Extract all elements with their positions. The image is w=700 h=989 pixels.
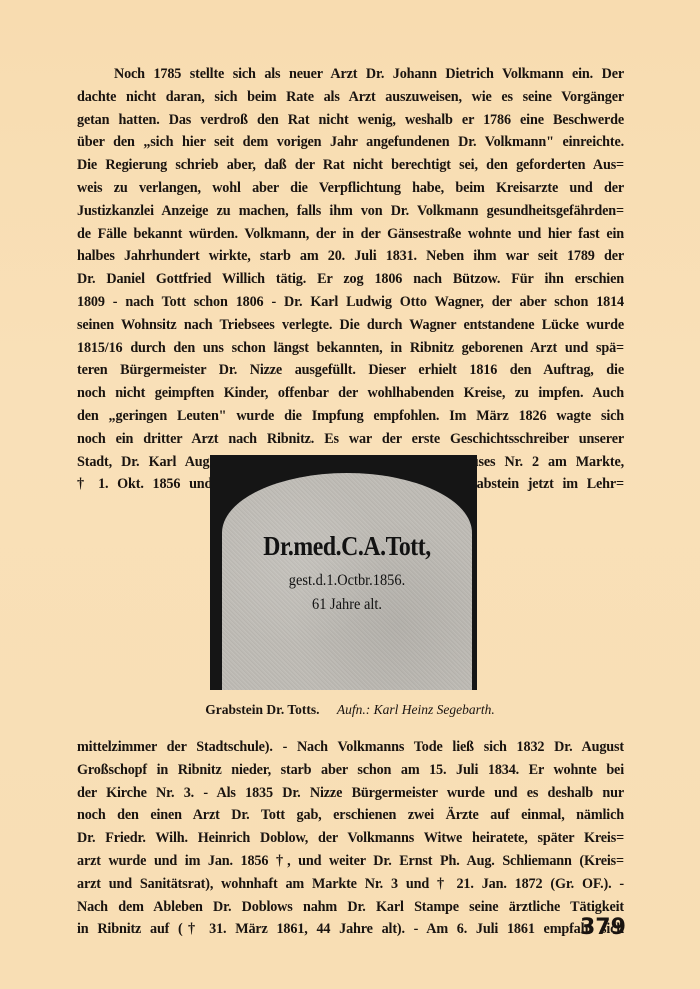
text-line: halbes Jahrhundert wirkte, starb am 20. … xyxy=(77,245,624,268)
text-line: Dr. Daniel Gottfried Willich tätig. Er z… xyxy=(77,268,624,291)
text-line: Die Regierung schrieb aber, daß der Rat … xyxy=(77,154,624,177)
inscription-age: 61 Jahre alt. xyxy=(235,596,460,614)
text-line: seinen Wohnsitz nach Triebsees verlegte.… xyxy=(77,314,624,337)
text-line: de Fälle bekannt würden. Volkmann, der i… xyxy=(77,223,624,246)
paragraph-top: Noch 1785 stellte sich als neuer Arzt Dr… xyxy=(77,63,624,496)
text-line: noch den einen Arzt Dr. Tott gab, erschi… xyxy=(77,804,624,827)
text-line: Justizkanzlei Anzeige zu machen, falls i… xyxy=(77,200,624,223)
text-line: 1815/16 durch den uns schon längst bekan… xyxy=(77,337,624,360)
text-line: über den „sich hier seit dem vorigen Jah… xyxy=(77,131,624,154)
text-line: arzt wurde und im Jan. 1856 †, und weite… xyxy=(77,850,624,873)
text-line: mittelzimmer der Stadtschule). - Nach Vo… xyxy=(77,736,624,759)
inscription-death-date: gest.d.1.Octbr.1856. xyxy=(235,572,460,590)
text-line: getan hatten. Das verdroß den Rat nicht … xyxy=(77,109,624,132)
text-line: den „geringen Leuten" wurde die Impfung … xyxy=(77,405,624,428)
caption-credit: Aufn.: Karl Heinz Segebarth. xyxy=(337,702,495,717)
text-line: Noch 1785 stellte sich als neuer Arzt Dr… xyxy=(77,63,624,86)
book-page: Noch 1785 stellte sich als neuer Arzt Dr… xyxy=(0,0,700,989)
gravestone-photo: Dr.med.C.A.Tott, gest.d.1.Octbr.1856. 61… xyxy=(210,455,477,690)
text-line: 1809 - nach Tott schon 1806 - Dr. Karl L… xyxy=(77,291,624,314)
text-line: in Ribnitz auf († 31. März 1861, 44 Jahr… xyxy=(77,918,624,941)
text-line: arzt und Sanitätsrat), wohnhaft am Markt… xyxy=(77,873,624,896)
gravestone: Dr.med.C.A.Tott, gest.d.1.Octbr.1856. 61… xyxy=(222,473,472,690)
text-line: Nach dem Ableben Dr. Doblows nahm Dr. Ka… xyxy=(77,896,624,919)
text-line: dachte nicht daran, sich beim Rate als A… xyxy=(77,86,624,109)
text-line: der Kirche Nr. 3. - Als 1835 Dr. Nizze B… xyxy=(77,782,624,805)
figure-caption: Grabstein Dr. Totts. Aufn.: Karl Heinz S… xyxy=(0,702,700,718)
text-line: noch ein dritter Arzt nach Ribnitz. Es w… xyxy=(77,428,624,451)
page-number: 379 xyxy=(580,915,626,940)
text-line: teren Bürgermeister Dr. Nizze ausgefüllt… xyxy=(77,359,624,382)
text-line: noch nicht geimpften Kinder, offenbar de… xyxy=(77,382,624,405)
caption-title: Grabstein Dr. Totts. xyxy=(205,702,319,717)
text-line: Dr. Friedr. Wilh. Heinrich Doblow, der V… xyxy=(77,827,624,850)
inscription-name: Dr.med.C.A.Tott, xyxy=(237,531,457,562)
text-line: Großschopf in Ribnitz nieder, starb aber… xyxy=(77,759,624,782)
text-line: weis zu verlangen, wohl aber die Verpfli… xyxy=(77,177,624,200)
paragraph-bottom: mittelzimmer der Stadtschule). - Nach Vo… xyxy=(77,736,624,941)
